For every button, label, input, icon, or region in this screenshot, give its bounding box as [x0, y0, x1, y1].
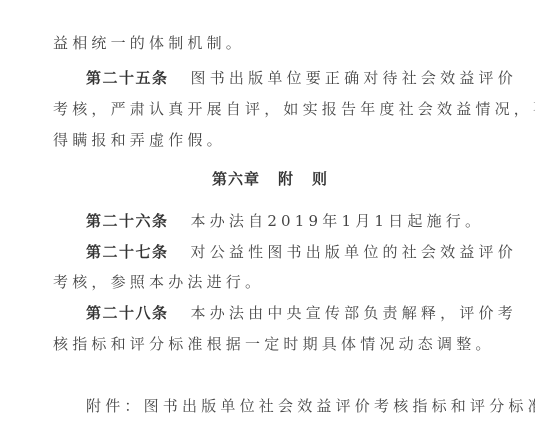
chapter-number: 第六章 [212, 170, 260, 188]
article-25-text: 图书出版单位要正确对待社会效益评价 [191, 69, 517, 87]
article-26: 第二十六条本办法自2019年1月1日起施行。 [86, 211, 484, 231]
attachment-note: 附件：图书出版单位社会效益评价考核指标和评分标准 [86, 396, 535, 416]
chapter-heading: 第六章附则 [212, 168, 328, 189]
article-25-label: 第二十五条 [86, 69, 169, 87]
article-28-text: 本办法由中央宣传部负责解释，评价考 [191, 304, 517, 322]
article-25-line2: 考核，严肃认真开展自评，如实报告年度社会效益情况，不 [53, 99, 535, 119]
article-25: 第二十五条图书出版单位要正确对待社会效益评价 [86, 68, 517, 88]
chapter-title-2: 则 [312, 170, 328, 188]
article-27-text: 对公益性图书出版单位的社会效益评价 [191, 243, 517, 261]
chapter-title-1: 附 [278, 170, 294, 188]
article-28: 第二十八条本办法由中央宣传部负责解释，评价考 [86, 303, 517, 323]
article-26-text: 本办法自2019年1月1日起施行。 [191, 212, 485, 230]
article-26-label: 第二十六条 [86, 212, 169, 230]
article-28-label: 第二十八条 [86, 304, 169, 322]
article-28-line2: 核指标和评分标准根据一定时期具体情况动态调整。 [53, 334, 495, 354]
article-27: 第二十七条对公益性图书出版单位的社会效益评价 [86, 242, 517, 262]
article-27-label: 第二十七条 [86, 243, 169, 261]
text-line-continuation: 益相统一的体制机制。 [53, 33, 245, 53]
article-27-line2: 考核，参照本办法进行。 [53, 272, 264, 292]
article-25-line3: 得瞒报和弄虚作假。 [53, 130, 226, 150]
